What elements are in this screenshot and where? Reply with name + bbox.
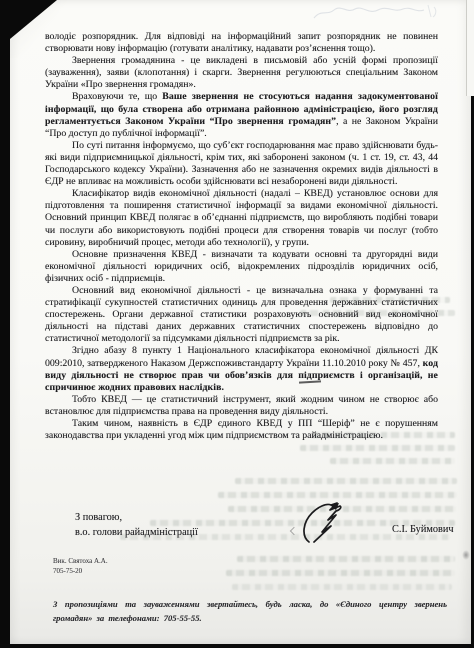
executor-name: Вик. Святоха А.А.	[53, 557, 108, 567]
body-paragraph: володіє розпорядник. Для відповіді на ін…	[45, 31, 438, 55]
body-paragraph: Враховуючи те, що Ваше звернення не стос…	[45, 91, 438, 139]
executor-block: Вик. Святоха А.А. 705-75-20	[53, 557, 108, 576]
body-paragraph: Таким чином, наявність в ЄДР єдиного КВЕ…	[45, 418, 438, 442]
body-paragraph: Тобто КВЕД — це статистичний інструмент,…	[45, 394, 438, 418]
page-edge-sliver	[466, 0, 474, 96]
paragraph-text: Згідно абазу 8 пункту 1 Національного кл…	[45, 345, 438, 368]
signer-name: С.І. Буймович	[392, 524, 462, 535]
closing-block: З повагою, в.о. голови райадміністрації	[75, 510, 275, 540]
scan-smudge	[462, 550, 470, 560]
handwriting-annotation	[312, 1, 442, 25]
executor-phone: 705-75-20	[53, 567, 108, 577]
letter-body: володіє розпорядник. Для відповіді на ін…	[45, 31, 438, 442]
body-paragraph: Класифікатор видів економічної діяльност…	[45, 188, 438, 248]
body-paragraph: По суті питання інформуємо, що суб’єкт г…	[45, 140, 438, 188]
body-paragraph: Звернення громадянина - це викладені в п…	[45, 55, 438, 91]
signature-scribble	[300, 500, 350, 546]
signer-title: в.о. голови райадміністрації	[75, 525, 275, 540]
closing-salutation: З повагою,	[75, 510, 275, 525]
paragraph-text: Враховуючи те, що	[72, 91, 162, 102]
footer-note: З пропозиціями та зауваженнями звертайте…	[53, 598, 447, 625]
scanned-letter: володіє розпорядник. Для відповіді на ін…	[0, 0, 474, 648]
body-paragraph: Згідно абазу 8 пункту 1 Національного кл…	[45, 345, 438, 393]
body-paragraph: Основне призначення КВЕД - визначати та …	[45, 249, 438, 285]
body-paragraph: Основний вид економічної діяльності - це…	[45, 285, 438, 345]
